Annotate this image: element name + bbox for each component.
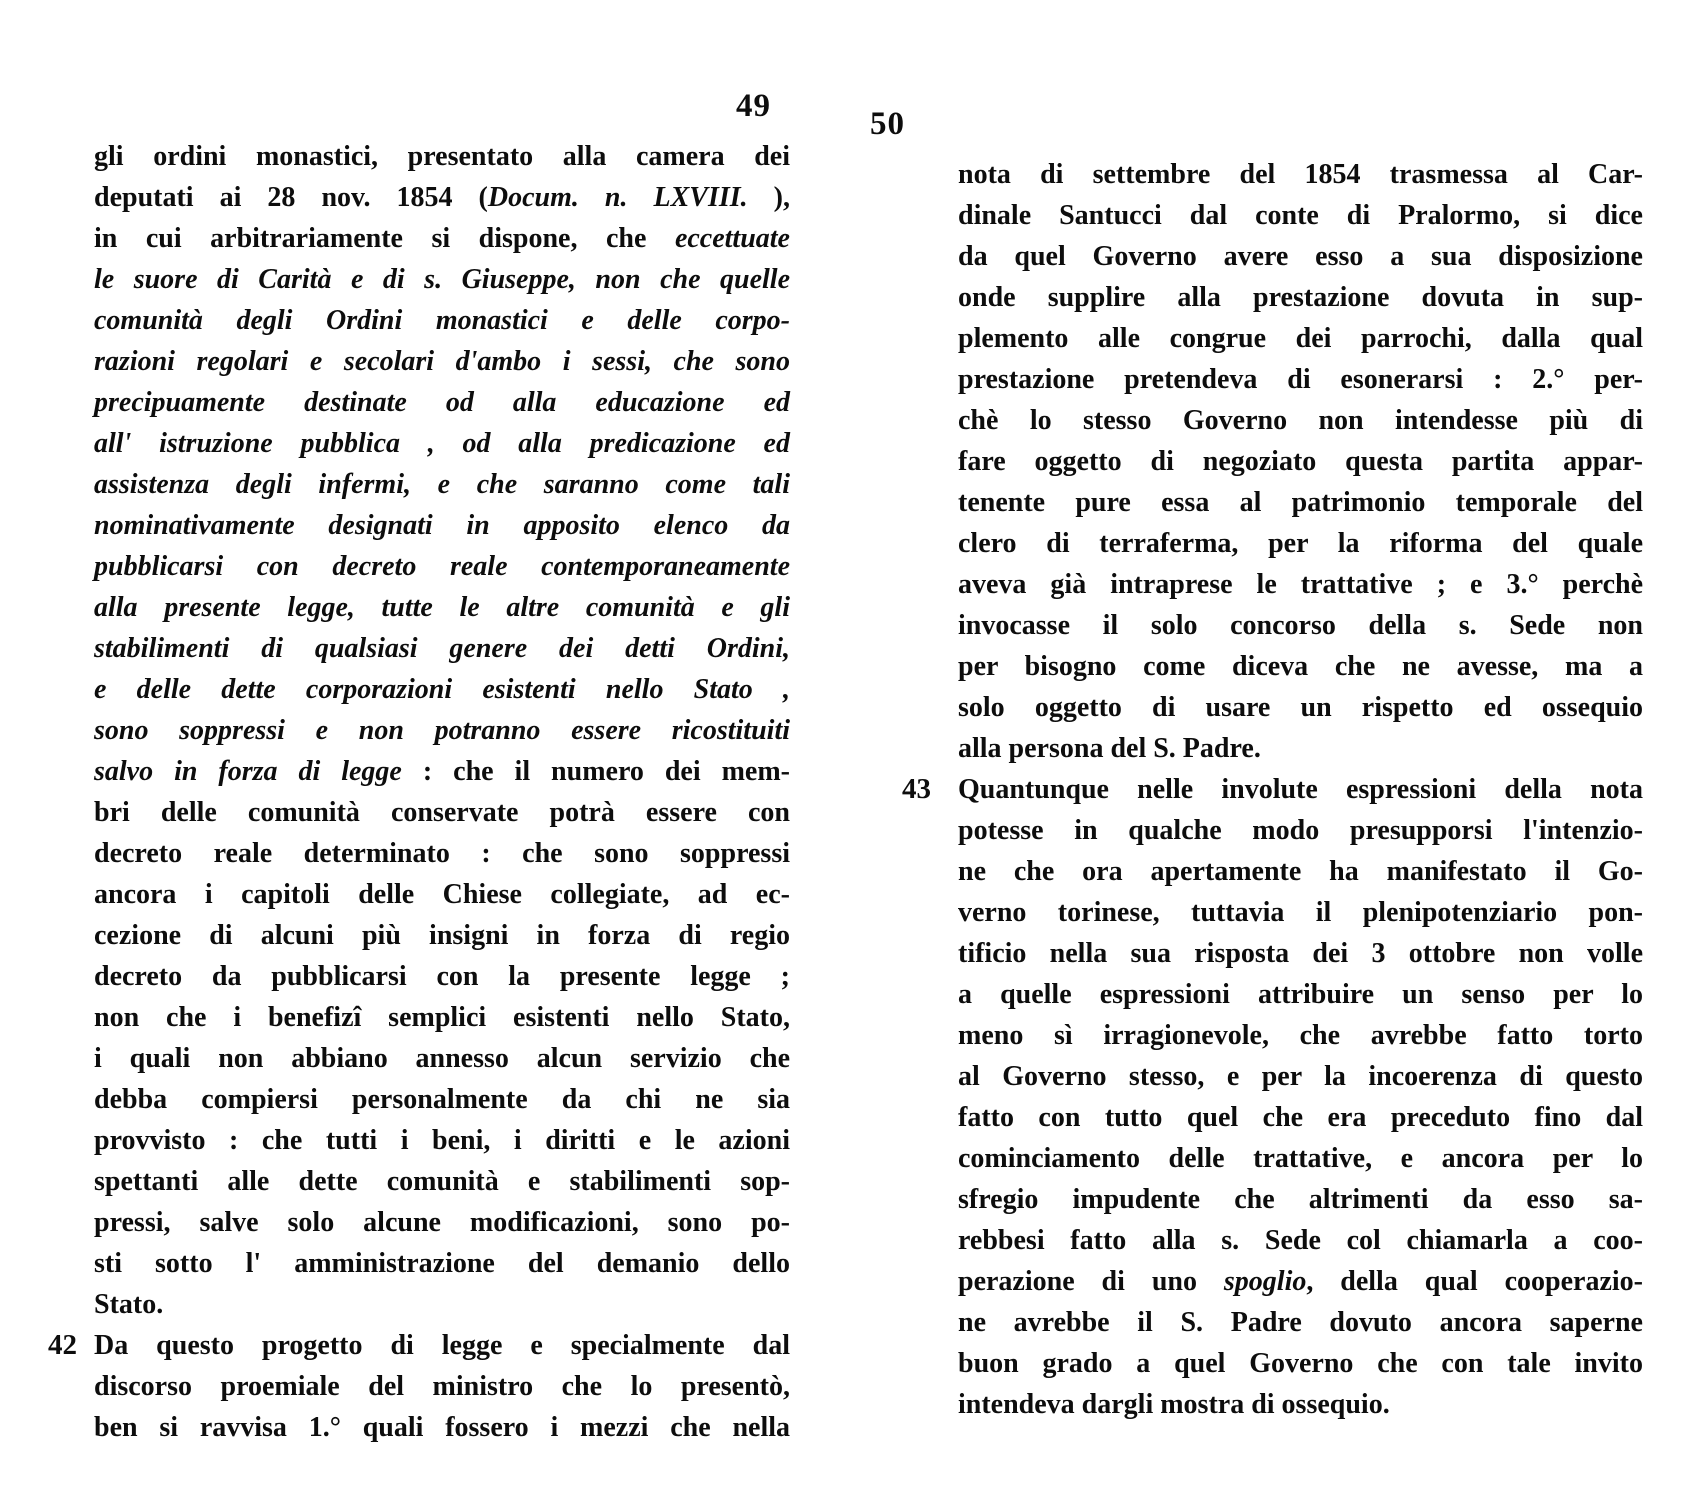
text-segment: tificio nella sua risposta dei 3 ottobre… [958,938,1643,969]
text-line: Stato. [94,1284,790,1325]
text-line: gli ordini monastici, presentato alla ca… [94,136,790,177]
text-line: dinale Santucci dal conte di Pralormo, s… [958,195,1643,236]
text-segment: cominciamento delle trattative, e ancora… [958,1143,1643,1174]
italic-text-segment: assistenza degli infermi, e che saranno … [94,469,790,500]
text-line: clero di terraferma, per la riforma del … [958,523,1643,564]
text-segment: non che i benefizî semplici esistenti ne… [94,1002,790,1033]
text-segment: clero di terraferma, per la riforma del … [958,528,1643,559]
page-number-left: 49 [736,88,771,125]
text-segment: ancora i capitoli delle Chiese collegiat… [94,879,790,910]
text-segment: decreto reale determinato : che sono sop… [94,838,790,869]
text-segment: decreto da pubblicarsi con la presente l… [94,961,790,992]
page-number-right: 50 [870,106,905,143]
text-segment: meno sì irragionevole, che avrebbe fatto… [958,1020,1643,1051]
text-line: perazione di uno spoglio, della qual coo… [958,1261,1643,1302]
text-segment: ne che ora apertamente ha manifestato il… [958,856,1643,887]
text-segment: plemento alle congrue dei parrochi, dall… [958,323,1643,354]
text-line: buon grado a quel Governo che con tale i… [958,1343,1643,1384]
text-segment: buon grado a quel Governo che con tale i… [958,1348,1643,1379]
left-page-text-column: gli ordini monastici, presentato alla ca… [94,136,790,1448]
italic-text-segment: Docum. n. LXVIII. [488,182,748,213]
text-line: a quelle espressioni attribuire un senso… [958,974,1643,1015]
text-line: per bisogno come diceva che ne avesse, m… [958,646,1643,687]
text-line: non che i benefizî semplici esistenti ne… [94,997,790,1038]
text-segment: gli ordini monastici, presentato alla ca… [94,141,790,172]
text-line: le suore di Carità e di s. Giuseppe, non… [94,259,790,300]
text-line: alla persona del S. Padre. [958,728,1643,769]
text-line: deputati ai 28 nov. 1854 (Docum. n. LXVI… [94,177,790,218]
text-segment: provvisto : che tutti i beni, i diritti … [94,1125,790,1156]
text-segment: ), [748,182,790,213]
text-segment: a quelle espressioni attribuire un senso… [958,979,1643,1010]
italic-text-segment: stabilimenti di qualsiasi genere dei det… [94,633,790,664]
text-segment: aveva già intraprese le trattative ; e 3… [958,569,1643,600]
text-line: sti sotto l' amministrazione del demanio… [94,1243,790,1284]
text-line: nominativamente designati in apposito el… [94,505,790,546]
text-segment: da quel Governo avere esso a sua disposi… [958,241,1643,272]
text-line: debba compiersi personalmente da chi ne … [94,1079,790,1120]
text-line: all' istruzione pubblica , od alla predi… [94,423,790,464]
text-line: plemento alle congrue dei parrochi, dall… [958,318,1643,359]
text-segment: verno torinese, tuttavia il plenipotenzi… [958,897,1643,928]
text-line: cominciamento delle trattative, e ancora… [958,1138,1643,1179]
italic-text-segment: salvo in forza di legge [94,756,402,787]
text-line: al Governo stesso, e per la incoerenza d… [958,1056,1643,1097]
text-segment: spettanti alle dette comunità e stabilim… [94,1166,790,1197]
text-line: invocasse il solo concorso della s. Sede… [958,605,1643,646]
text-line: tenente pure essa al patrimonio temporal… [958,482,1643,523]
text-line: decreto reale determinato : che sono sop… [94,833,790,874]
text-segment: fare oggetto di negoziato questa partita… [958,446,1643,477]
italic-text-segment: eccettuate [675,223,790,254]
text-line: fatto con tutto quel che era preceduto f… [958,1097,1643,1138]
text-line: fare oggetto di negoziato questa partita… [958,441,1643,482]
text-segment: dinale Santucci dal conte di Pralormo, s… [958,200,1643,231]
text-segment: ben si ravvisa 1.° quali fossero i mezzi… [94,1412,790,1443]
text-line: precipuamente destinate od alla educazio… [94,382,790,423]
text-segment: : che il numero dei mem- [402,756,790,787]
text-segment: sfregio impudente che altrimenti da esso… [958,1184,1643,1215]
italic-text-segment: alla presente legge, tutte le altre comu… [94,592,790,623]
text-segment: Quantunque nelle involute espressioni de… [958,774,1643,805]
text-segment: i quali non abbiano annesso alcun serviz… [94,1043,790,1074]
text-line: meno sì irragionevole, che avrebbe fatto… [958,1015,1643,1056]
text-line: provvisto : che tutti i beni, i diritti … [94,1120,790,1161]
text-line: comunità degli Ordini monastici e delle … [94,300,790,341]
text-segment: intendeva dargli mostra di ossequio. [958,1389,1390,1420]
right-page-text-column: nota di settembre del 1854 trasmessa al … [958,154,1643,1425]
text-line: discorso proemiale del ministro che lo p… [94,1366,790,1407]
italic-text-segment: spoglio [1224,1266,1306,1297]
italic-text-segment: comunità degli Ordini monastici e delle … [94,305,790,336]
text-line: pressi, salve solo alcune modificazioni,… [94,1202,790,1243]
italic-text-segment: sono soppressi e non potranno essere ric… [94,715,790,746]
text-line: in cui arbitrariamente si dispone, che e… [94,218,790,259]
text-line: bri delle comunità conservate potrà esse… [94,792,790,833]
text-line: ancora i capitoli delle Chiese collegiat… [94,874,790,915]
text-line: alla presente legge, tutte le altre comu… [94,587,790,628]
text-line: sono soppressi e non potranno essere ric… [94,710,790,751]
text-line: potesse in qualche modo presupporsi l'in… [958,810,1643,851]
text-segment: nota di settembre del 1854 trasmessa al … [958,159,1643,190]
text-segment: prestazione pretendeva di esonerarsi : 2… [958,364,1643,395]
text-line: ben si ravvisa 1.° quali fossero i mezzi… [94,1407,790,1448]
text-line: nota di settembre del 1854 trasmessa al … [958,154,1643,195]
text-segment: solo oggetto di usare un rispetto ed oss… [958,692,1643,723]
text-line: stabilimenti di qualsiasi genere dei det… [94,628,790,669]
text-line: assistenza degli infermi, e che saranno … [94,464,790,505]
text-line: onde supplire alla prestazione dovuta in… [958,277,1643,318]
text-line: razioni regolari e secolari d'ambo i ses… [94,341,790,382]
text-segment: discorso proemiale del ministro che lo p… [94,1371,790,1402]
text-line: da quel Governo avere esso a sua disposi… [958,236,1643,277]
italic-text-segment: pubblicarsi con decreto reale contempora… [94,551,790,582]
text-segment: deputati ai 28 nov. 1854 ( [94,182,488,213]
text-segment: perazione di uno [958,1266,1224,1297]
text-segment: Stato. [94,1289,163,1320]
text-line: cezione di alcuni più insigni in forza d… [94,915,790,956]
text-segment: bri delle comunità conservate potrà esse… [94,797,790,828]
text-segment: sti sotto l' amministrazione del demanio… [94,1248,790,1279]
text-segment: chè lo stesso Governo non intendesse più… [958,405,1643,436]
italic-text-segment: razioni regolari e secolari d'ambo i ses… [94,346,790,377]
text-segment: ne avrebbe il S. Padre dovuto ancora sap… [958,1307,1643,1338]
text-line: sfregio impudente che altrimenti da esso… [958,1179,1643,1220]
text-line: 42Da questo progetto di legge e specialm… [94,1325,790,1366]
text-line: i quali non abbiano annesso alcun serviz… [94,1038,790,1079]
text-line: spettanti alle dette comunità e stabilim… [94,1161,790,1202]
text-segment: , della qual cooperazio- [1306,1266,1643,1297]
text-line: rebbesi fatto alla s. Sede col chiamarla… [958,1220,1643,1261]
text-line: solo oggetto di usare un rispetto ed oss… [958,687,1643,728]
text-line: verno torinese, tuttavia il plenipotenzi… [958,892,1643,933]
text-segment: cezione di alcuni più insigni in forza d… [94,920,790,951]
text-segment: invocasse il solo concorso della s. Sede… [958,610,1643,641]
italic-text-segment: le suore di Carità e di s. Giuseppe, non… [94,264,790,295]
text-line: ne che ora apertamente ha manifestato il… [958,851,1643,892]
text-line: intendeva dargli mostra di ossequio. [958,1384,1643,1425]
text-segment: in cui arbitrariamente si dispone, che [94,223,675,254]
text-segment: debba compiersi personalmente da chi ne … [94,1084,790,1115]
paragraph-number: 43 [902,769,931,810]
text-line: ne avrebbe il S. Padre dovuto ancora sap… [958,1302,1643,1343]
text-segment: per bisogno come diceva che ne avesse, m… [958,651,1643,682]
text-line: chè lo stesso Governo non intendesse più… [958,400,1643,441]
text-line: decreto da pubblicarsi con la presente l… [94,956,790,997]
paragraph-number: 42 [48,1325,77,1366]
text-line: aveva già intraprese le trattative ; e 3… [958,564,1643,605]
text-segment: al Governo stesso, e per la incoerenza d… [958,1061,1643,1092]
italic-text-segment: e delle dette corporazioni esistenti nel… [94,674,790,705]
text-line: salvo in forza di legge : che il numero … [94,751,790,792]
text-line: tificio nella sua risposta dei 3 ottobre… [958,933,1643,974]
italic-text-segment: precipuamente destinate od alla educazio… [94,387,790,418]
text-segment: tenente pure essa al patrimonio temporal… [958,487,1643,518]
text-segment: pressi, salve solo alcune modificazioni,… [94,1207,790,1238]
text-line: pubblicarsi con decreto reale contempora… [94,546,790,587]
text-segment: alla persona del S. Padre. [958,733,1261,764]
text-segment: Da questo progetto di legge e specialmen… [94,1330,790,1361]
italic-text-segment: nominativamente designati in apposito el… [94,510,790,541]
text-segment: fatto con tutto quel che era preceduto f… [958,1102,1643,1133]
text-line: e delle dette corporazioni esistenti nel… [94,669,790,710]
text-segment: onde supplire alla prestazione dovuta in… [958,282,1643,313]
text-line: 43Quantunque nelle involute espressioni … [958,769,1643,810]
text-segment: rebbesi fatto alla s. Sede col chiamarla… [958,1225,1643,1256]
text-segment: potesse in qualche modo presupporsi l'in… [958,815,1643,846]
italic-text-segment: all' istruzione pubblica , od alla predi… [94,428,790,459]
text-line: prestazione pretendeva di esonerarsi : 2… [958,359,1643,400]
